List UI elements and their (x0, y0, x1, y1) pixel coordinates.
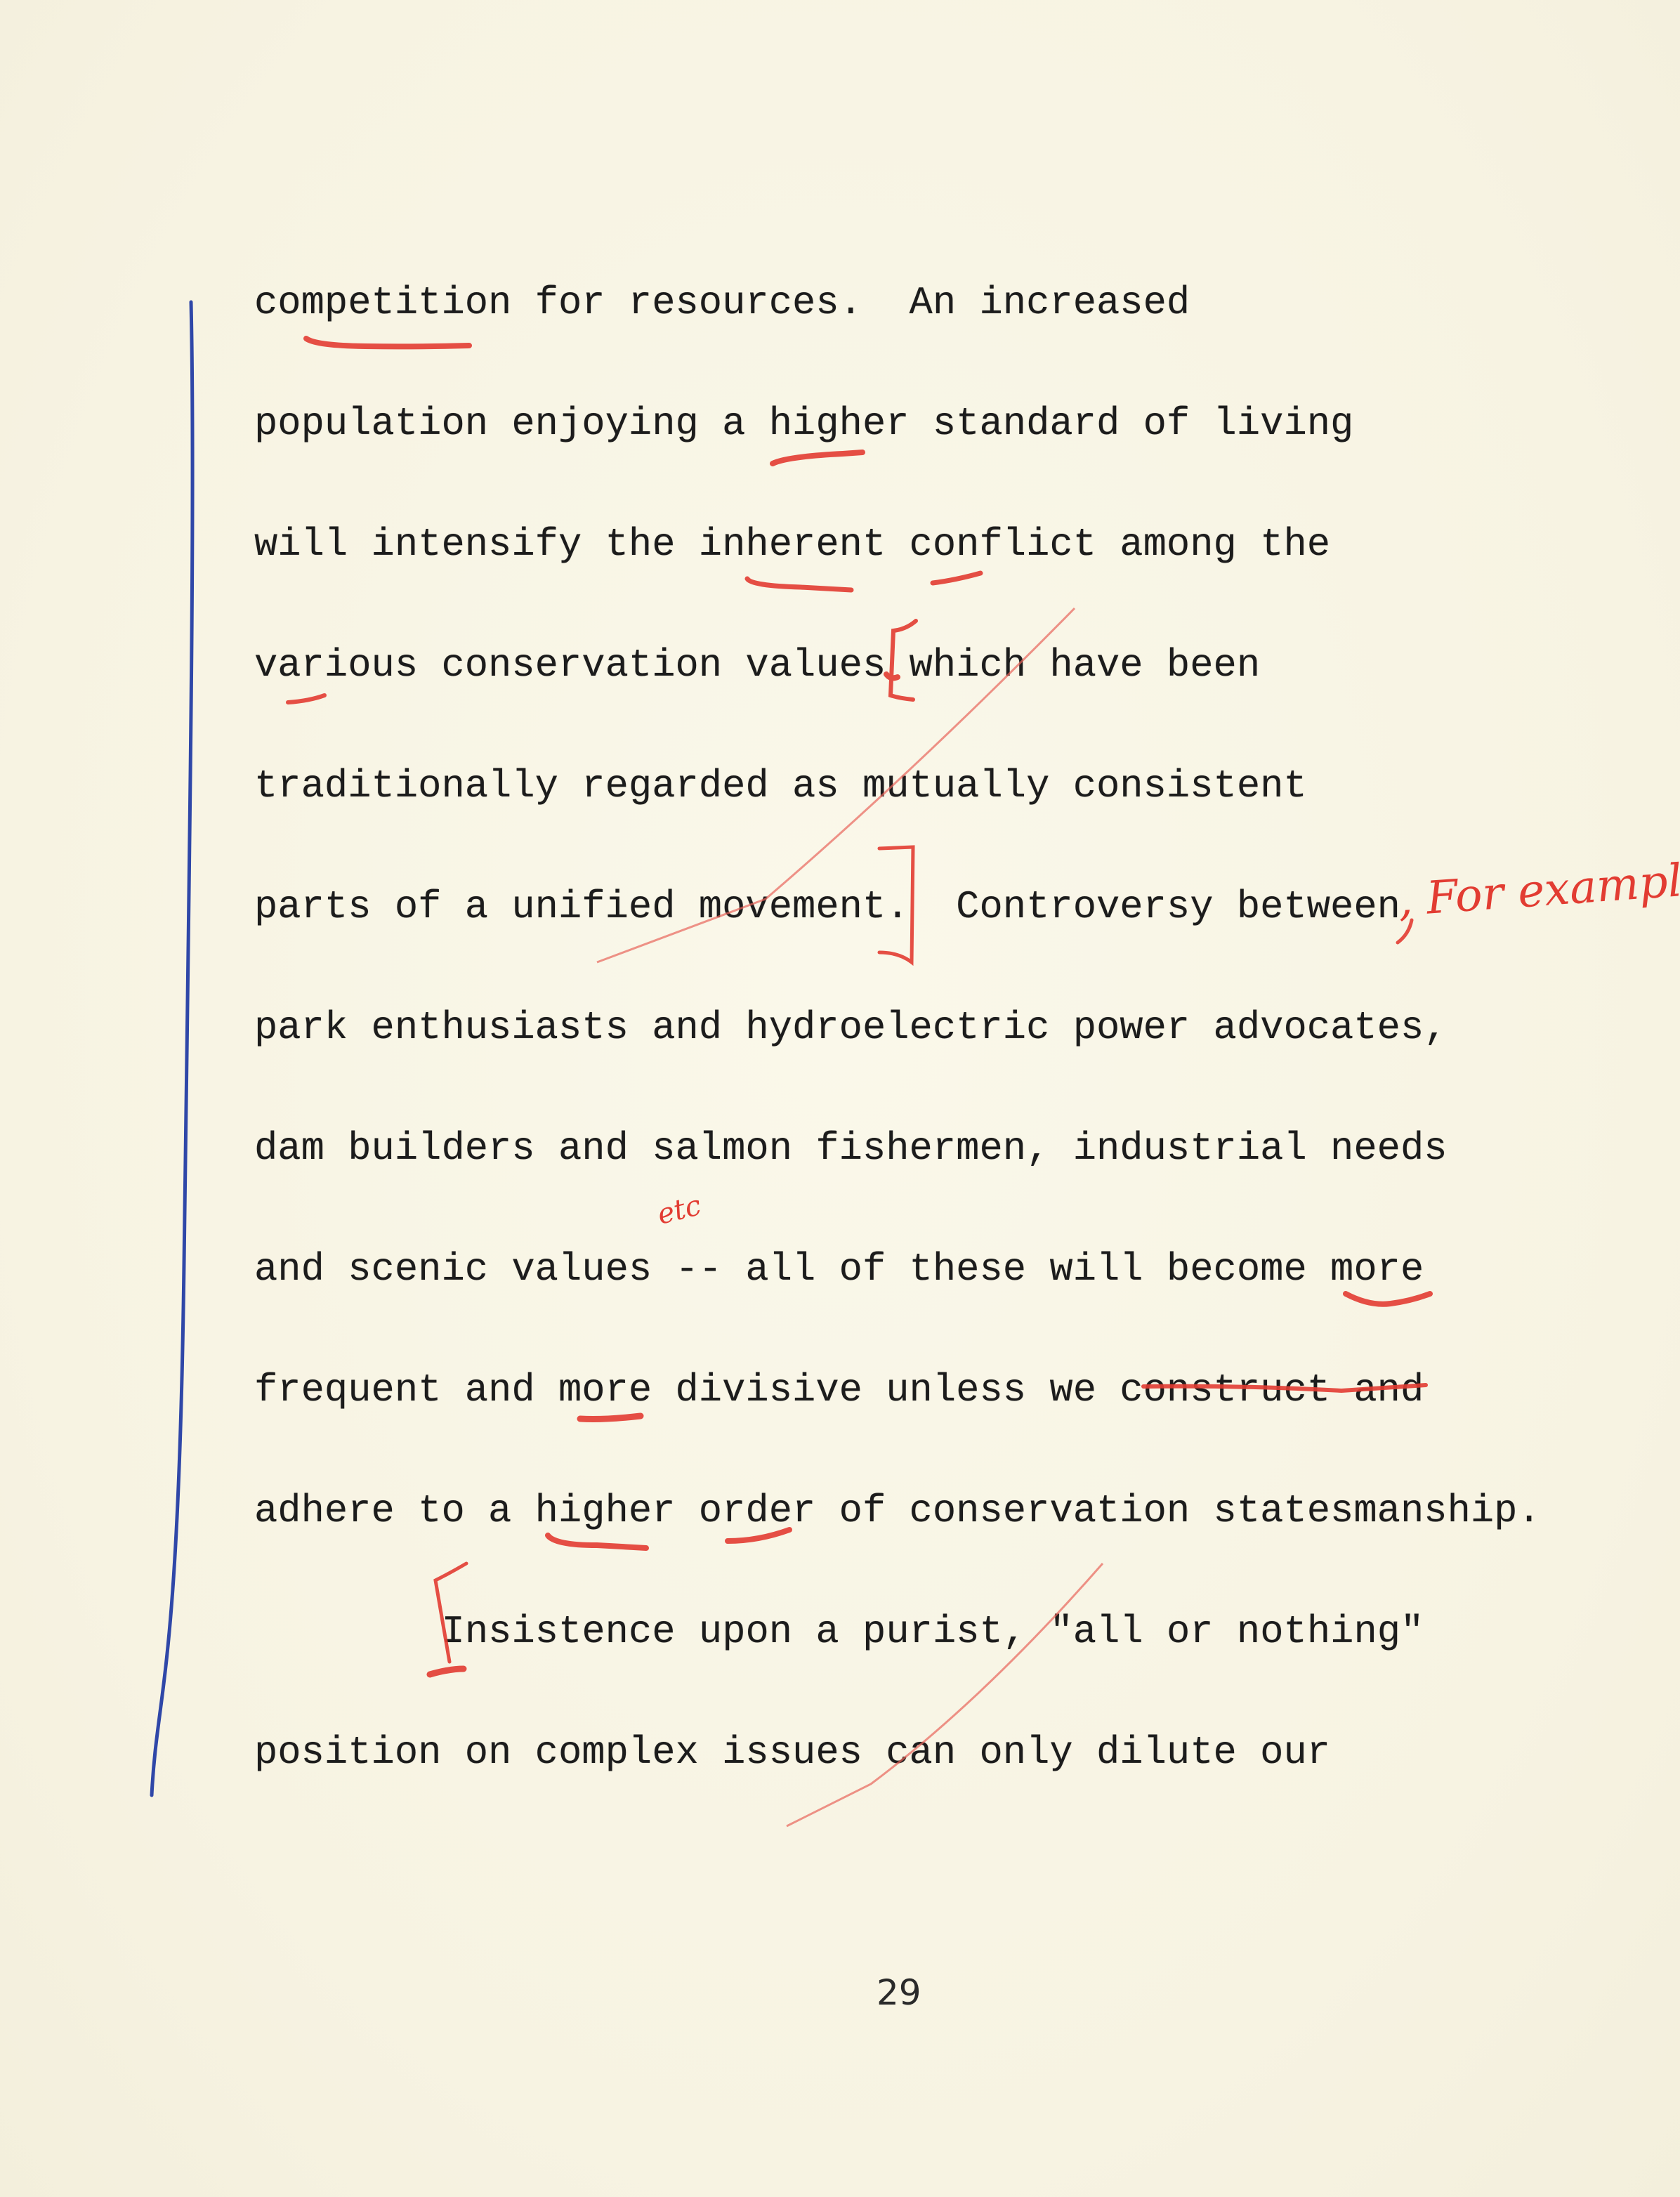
text-line-13: position on complex issues can only dilu… (254, 1732, 1330, 1774)
insertion-note-etc: etc (654, 1189, 704, 1231)
text-line-8: dam builders and salmon fishermen, indus… (254, 1128, 1448, 1170)
text-line-2: population enjoying a higher standard of… (254, 403, 1353, 445)
text-line-9: and scenic values -- all of these will b… (254, 1249, 1424, 1291)
manuscript-page: competition for resources. An increased … (0, 0, 1680, 2197)
underline-conflict (933, 573, 980, 583)
underline-higher-1 (773, 452, 862, 464)
diagonal-deletion-2 (787, 1563, 1103, 1826)
underline-competition (306, 339, 469, 346)
text-line-6: parts of a unified movement. Controversy… (254, 886, 1400, 929)
text-line-10: frequent and more divisive unless we con… (254, 1370, 1424, 1412)
text-line-7: park enthusiasts and hydroelectric power… (254, 1007, 1448, 1049)
text-line-12: Insistence upon a purist, "all or nothin… (324, 1611, 1424, 1653)
text-line-4: various conservation values which have b… (254, 645, 1260, 687)
underline-various (288, 695, 324, 702)
editorial-marks (0, 0, 1680, 2197)
text-line-11: adhere to a higher order of conservation… (254, 1490, 1541, 1533)
page-number: 29 (877, 1972, 921, 2013)
underline-inherent (747, 579, 851, 590)
underline-more-2 (580, 1416, 641, 1419)
underline-more-1 (1346, 1294, 1430, 1304)
blue-margin-line (152, 302, 192, 1795)
text-line-5: traditionally regarded as mutually consi… (254, 766, 1307, 808)
text-line-1: competition for resources. An increased (254, 282, 1190, 324)
text-line-3: will intensify the inherent conflict amo… (254, 524, 1330, 566)
underline-higher-2 (548, 1535, 646, 1548)
margin-note-for-example: , For example (1396, 853, 1680, 927)
